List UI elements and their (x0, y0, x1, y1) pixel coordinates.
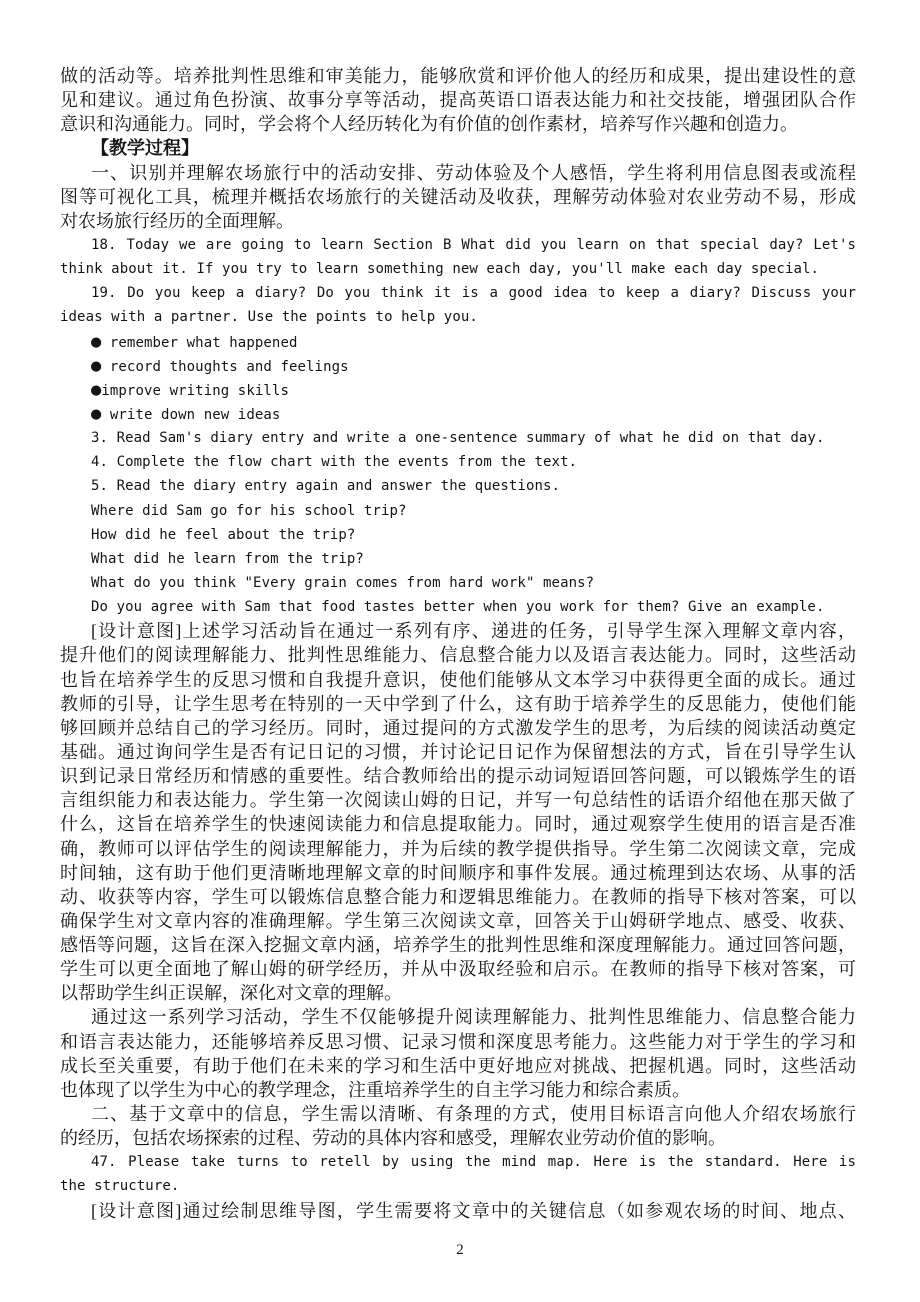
text-line: 47. Please take turns to retell by using… (60, 1150, 856, 1174)
text-line: 和语言表达能力，还能够培养反思习惯、记录习惯和深度思考能力。这些能力对于学生的学… (60, 1030, 856, 1054)
text-line: What did he learn from the trip? (60, 547, 856, 571)
text-line: 什么，这旨在培养学生的快速阅读能力和信息提取能力。同时，通过观察学生使用的语言是… (60, 812, 856, 836)
text-line: 教师的引导，让学生思考在特别的一天中学到了什么，这有助于培养学生的反思能力，使他… (60, 692, 856, 716)
text-line: 感悟等问题，这旨在深入挖掘文章内涵，培养学生的批判性思维和深度理解能力。通过回答… (60, 933, 856, 957)
text-line: Where did Sam go for his school trip? (60, 499, 856, 523)
text-line: 基础。通过询问学生是否有记日记的习惯，并讨论记日记作为保留想法的方式，旨在引导学… (60, 740, 856, 764)
text-line: 言组织能力和表达能力。学生第一次阅读山姆的日记，并写一句总结性的话语介绍他在那天… (60, 788, 856, 812)
text-line: 见和建议。通过角色扮演、故事分享等活动，提高英语口语表达能力和社交技能，增强团队… (60, 88, 856, 112)
text-line: 识到记录日常经历和情感的重要性。结合教师给出的提示动词短语回答问题，可以锻炼学生… (60, 764, 856, 788)
bullet-item: ● record thoughts and feelings (60, 354, 856, 378)
text-line: 也旨在培养学生的反思习惯和自我提升意识，使他们能够从文本学习中获得更全面的成长。… (60, 668, 856, 692)
text-line: 确，教师可以评估学生的阅读理解能力，并为后续的教学提供指导。学生第二次阅读文章，… (60, 837, 856, 861)
text-line: 做的活动等。培养批判性思维和审美能力，能够欣赏和评价他人的经历和成果，提出建设性… (60, 64, 856, 88)
text-line: 通过这一系列学习活动，学生不仅能够提升阅读理解能力、批判性思维能力、信息整合能力 (60, 1005, 856, 1029)
text-line: 二、基于文章中的信息，学生需以清晰、有条理的方式，使用目标语言向他人介绍农场旅行 (60, 1102, 856, 1126)
text-line: 够回顾并总结自己的学习经历。同时，通过提问的方式激发学生的思考，为后续的阅读活动… (60, 716, 856, 740)
text-line: 对农场旅行经历的全面理解。 (60, 209, 856, 233)
text-line: 意识和沟通能力。同时，学会将个人经历转化为有价值的创作素材，培养写作兴趣和创造力… (60, 112, 856, 136)
text-line: 一、识别并理解农场旅行中的活动安排、劳动体验及个人感悟，学生将利用信息图表或流程 (60, 161, 856, 185)
text-line: 5. Read the diary entry again and answer… (60, 474, 856, 498)
text-line: 3. Read Sam's diary entry and write a on… (60, 426, 856, 450)
text-line: 以帮助学生纠正误解，深化对文章的理解。 (60, 981, 856, 1005)
text-line: [设计意图]上述学习活动旨在通过一系列有序、递进的任务，引导学生深入理解文章内容… (60, 619, 856, 643)
text-line: What do you think "Every grain comes fro… (60, 571, 856, 595)
text-line: 的经历，包括农场探索的过程、劳动的具体内容和感受，理解农业劳动价值的影响。 (60, 1126, 856, 1150)
text-line: the structure. (60, 1174, 856, 1198)
text-line: Do you agree with Sam that food tastes b… (60, 595, 856, 619)
bullet-item: ● write down new ideas (60, 402, 856, 426)
text-line: 也体现了以学生为中心的教学理念，注重培养学生的自主学习能力和综合素质。 (60, 1078, 856, 1102)
text-line: 18. Today we are going to learn Section … (60, 233, 856, 257)
bullet-item: ●improve writing skills (60, 378, 856, 402)
text-line: 动、收获等内容，学生可以锻炼信息整合能力和逻辑思维能力。在教师的指导下核对答案，… (60, 885, 856, 909)
text-line: 学生可以更全面地了解山姆的研学经历，并从中汲取经验和启示。在教师的指导下核对答案… (60, 957, 856, 981)
text-line: 19. Do you keep a diary? Do you think it… (60, 281, 856, 305)
text-line: [设计意图]通过绘制思维导图，学生需要将文章中的关键信息（如参观农场的时间、地点… (60, 1199, 856, 1223)
text-line: 4. Complete the flow chart with the even… (60, 450, 856, 474)
text-line: 时间轴，这有助于他们更清晰地理解文章的时间顺序和事件发展。通过梳理到达农场、从事… (60, 861, 856, 885)
page-number: 2 (0, 1242, 920, 1259)
text-line: 提升他们的阅读理解能力、批判性思维能力、信息整合能力以及语言表达能力。同时，这些… (60, 643, 856, 667)
text-line: 成长至关重要，有助于他们在未来的学习和生活中更好地应对挑战、把握机遇。同时，这些… (60, 1054, 856, 1078)
text-line: How did he feel about the trip? (60, 523, 856, 547)
text-line: 图等可视化工具，梳理并概括农场旅行的关键活动及收获，理解劳动体验对农业劳动不易，… (60, 185, 856, 209)
document-body: 做的活动等。培养批判性思维和审美能力，能够欣赏和评价他人的经历和成果，提出建设性… (60, 64, 856, 1223)
text-line: think about it. If you try to learn some… (60, 257, 856, 281)
bullet-item: ● remember what happened (60, 330, 856, 354)
section-heading: 【教学过程】 (60, 136, 856, 160)
text-line: 确保学生对文章内容的准确理解。学生第三次阅读文章，回答关于山姆研学地点、感受、收… (60, 909, 856, 933)
document-page: 做的活动等。培养批判性思维和审美能力，能够欣赏和评价他人的经历和成果，提出建设性… (0, 0, 920, 1302)
text-line: ideas with a partner. Use the points to … (60, 305, 856, 329)
